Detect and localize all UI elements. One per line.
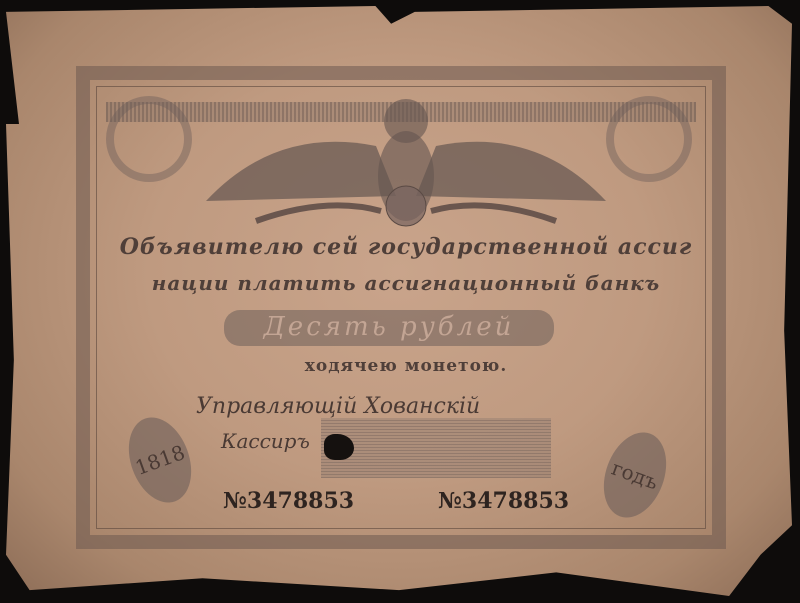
signature-stamp — [321, 418, 551, 478]
text-line-3: ходячею монетою. — [6, 356, 800, 376]
damage-hole — [324, 434, 354, 460]
text-line-1: Объявителю сей государственной ассиг — [6, 234, 800, 260]
serial-number-right: №3478853 — [438, 488, 569, 514]
cashier-signature: Кассиръ — [221, 429, 310, 453]
corner-ornament — [106, 96, 192, 182]
serial-number-left: №3478853 — [223, 488, 354, 514]
banknote: Объявителю сей государственной ассиг нац… — [6, 6, 792, 596]
text-line-2: нации платить ассигнационный банкъ — [6, 271, 800, 295]
manager-signature: Управляющій Хованскій — [196, 394, 480, 419]
double-headed-eagle-icon — [196, 86, 616, 236]
amount: Десять рублей — [224, 312, 554, 342]
corner-ornament — [606, 96, 692, 182]
